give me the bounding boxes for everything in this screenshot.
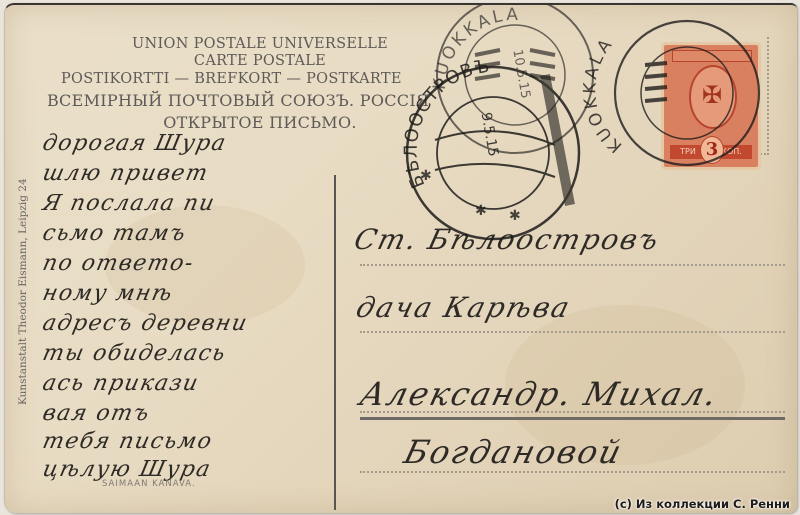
star-icon: ✱: [420, 168, 432, 184]
postmark-date-2: 9.5.15: [478, 111, 501, 158]
postmarks: KUOKKALA 10.5.15 БѢЛООСТРОВЪ 9.5.15 ✱ ✱ …: [5, 5, 797, 513]
star-icon: ✱: [475, 203, 487, 219]
postcard: UNION POSTALE UNIVERSELLE CARTE POSTALE …: [4, 3, 797, 513]
star-icon: ✱: [509, 208, 521, 224]
copyright-watermark: (c) Из коллекции С. Ренни: [615, 497, 790, 511]
postmark-kuokkala-2: [615, 21, 759, 165]
postmark-kuokkala-2-text: KUOKKALA: [580, 33, 626, 156]
svg-text:KUOKKALA: KUOKKALA: [580, 33, 626, 156]
